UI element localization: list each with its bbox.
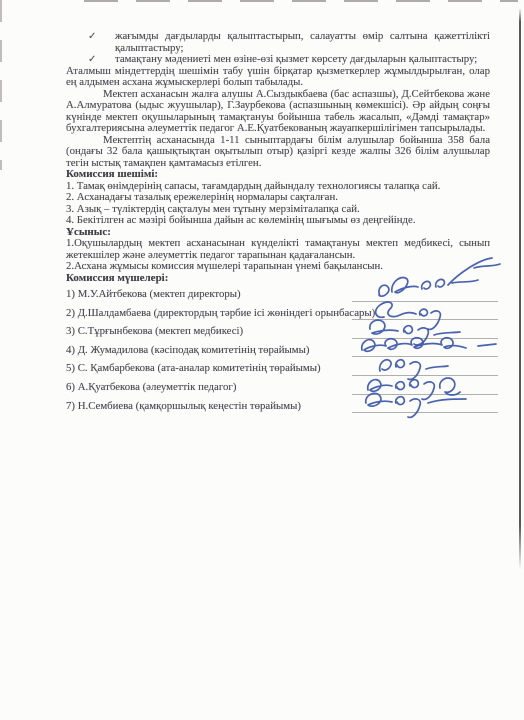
decision-list: 1. Тамақ өнімдерінің сапасы, тағамдардың… <box>66 181 490 227</box>
scan-edge-left-artifact <box>0 0 2 170</box>
member-label: 7) Н.Сембиева (қамқоршылық кеңестін төра… <box>66 401 301 413</box>
member-label: 2) Д.Шалдамбаева (директордың тәрбие ісі… <box>66 308 375 320</box>
bullet-item: ✓ тамақтану мәдениеті мен өзіне-өзі қызм… <box>66 54 490 66</box>
scan-edge-right-artifact <box>519 8 521 570</box>
signature-ink-7 <box>358 387 503 417</box>
check-icon: ✓ <box>88 31 96 43</box>
member-label: 1) М.У.Айтбекова (мектеп директоры) <box>66 289 241 301</box>
member-label: 4) Д. Жумадилова (кәсіподақ комитетінің … <box>66 345 309 357</box>
paragraph: Мектеп асханасын жалға алушы А.Сыздыкбае… <box>66 89 490 135</box>
paragraph: Мектептің асханасында 1-11 сыныптардағы … <box>66 135 490 170</box>
bullet-item: ✓ жағымды дағдыларды қалыптастырып, сала… <box>66 31 490 54</box>
member-row: 7) Н.Сембиева (қамқоршылық кеңестін төра… <box>66 396 490 415</box>
paragraph: Аталмыш міндеттердің шешімін табу үшін б… <box>66 66 490 89</box>
scan-edge-top-artifact <box>84 0 518 2</box>
member-label: 5) С. Қамбарбекова (ата-аналар комитетін… <box>66 363 321 375</box>
decision-heading: Комиссия шешімі: <box>66 169 490 181</box>
bullet-text: тамақтану мәдениеті мен өзіне-өзі қызмет… <box>115 53 477 65</box>
document-body: ✓ жағымды дағдыларды қалыптастырып, сала… <box>66 31 490 414</box>
decision-item: 2. Асханадағы тазалық ережелерінің норма… <box>66 192 490 204</box>
member-label: 6) А.Қуатбекова (әлеуметтік педагог) <box>66 382 236 394</box>
goal-bullet-list: ✓ жағымды дағдыларды қалыптастырып, сала… <box>66 31 490 66</box>
bullet-text: жағымды дағдыларды қалыптастырып, салауа… <box>115 30 490 54</box>
member-label: 3) С.Тұрғынбекова (мектеп медбикесі) <box>66 326 243 338</box>
check-icon: ✓ <box>88 54 96 66</box>
decision-item: 4. Бекітілген ас мәзірі бойынша дайын ас… <box>66 215 490 227</box>
document-page: ✓ жағымды дағдыларды қалыптастырып, сала… <box>0 0 524 720</box>
